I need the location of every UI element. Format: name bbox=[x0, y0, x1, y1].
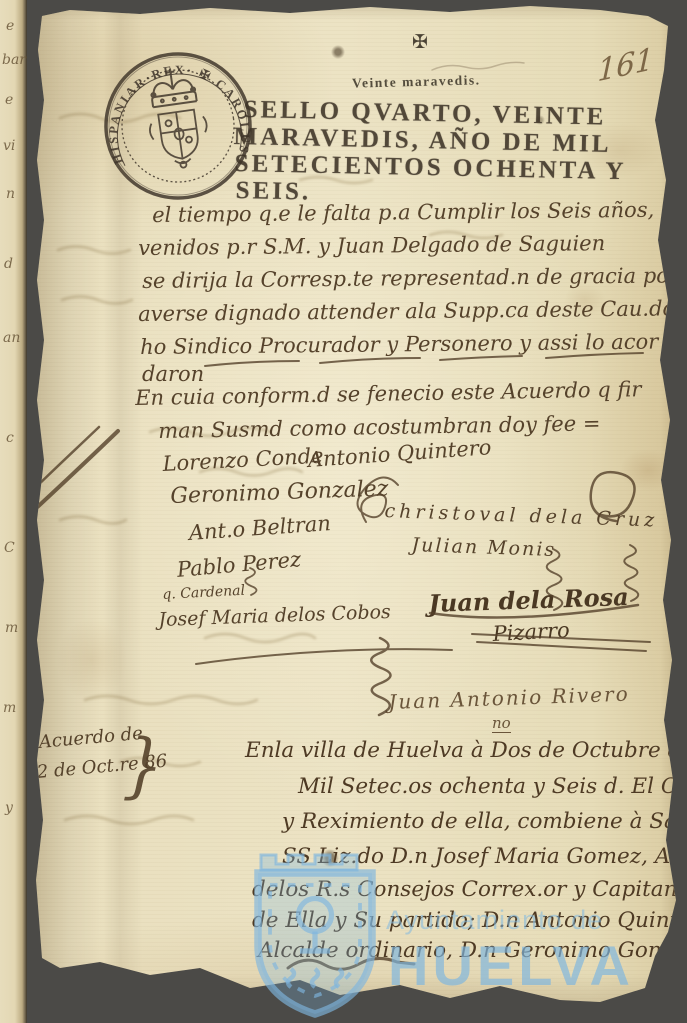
page-fragment: n bbox=[6, 186, 15, 202]
watermark-city-name: HUELVA bbox=[388, 933, 634, 998]
acta-paragraph-line: Mil Setec.os ochenta y Seis d. El Cau.do… bbox=[298, 774, 687, 799]
huelva-watermark: Ayuntamiento de HUELVA bbox=[240, 843, 640, 1023]
archive-scan: e bar e vi n d an c C m m y bbox=[0, 0, 687, 1023]
acta-paragraph-line: Enla villa de Huelva à Dos de Octubre de bbox=[245, 738, 687, 763]
page-fragment: bar bbox=[2, 52, 26, 68]
margin-note-brace: } bbox=[122, 722, 166, 808]
page-fragment: an bbox=[3, 330, 20, 346]
page-fragment: e bbox=[5, 92, 13, 108]
page-fragment: c bbox=[6, 430, 14, 446]
page-fragment: d bbox=[4, 256, 13, 272]
previous-page-edge: e bar e vi n d an c C m m y bbox=[0, 0, 27, 1023]
page-fragment: C bbox=[4, 540, 15, 556]
watermark-org-name: Ayuntamiento de bbox=[386, 905, 603, 936]
acta-paragraph-line: y Reximiento de ella, combiene à Saver l… bbox=[282, 809, 687, 834]
page-fragment: m bbox=[5, 620, 18, 636]
huelva-shield-icon bbox=[240, 849, 390, 1023]
page-fragment: m bbox=[3, 700, 16, 716]
page-fragment: y bbox=[5, 800, 13, 816]
page-fragment: e bbox=[6, 18, 14, 34]
page-fragment: vi bbox=[3, 138, 15, 154]
